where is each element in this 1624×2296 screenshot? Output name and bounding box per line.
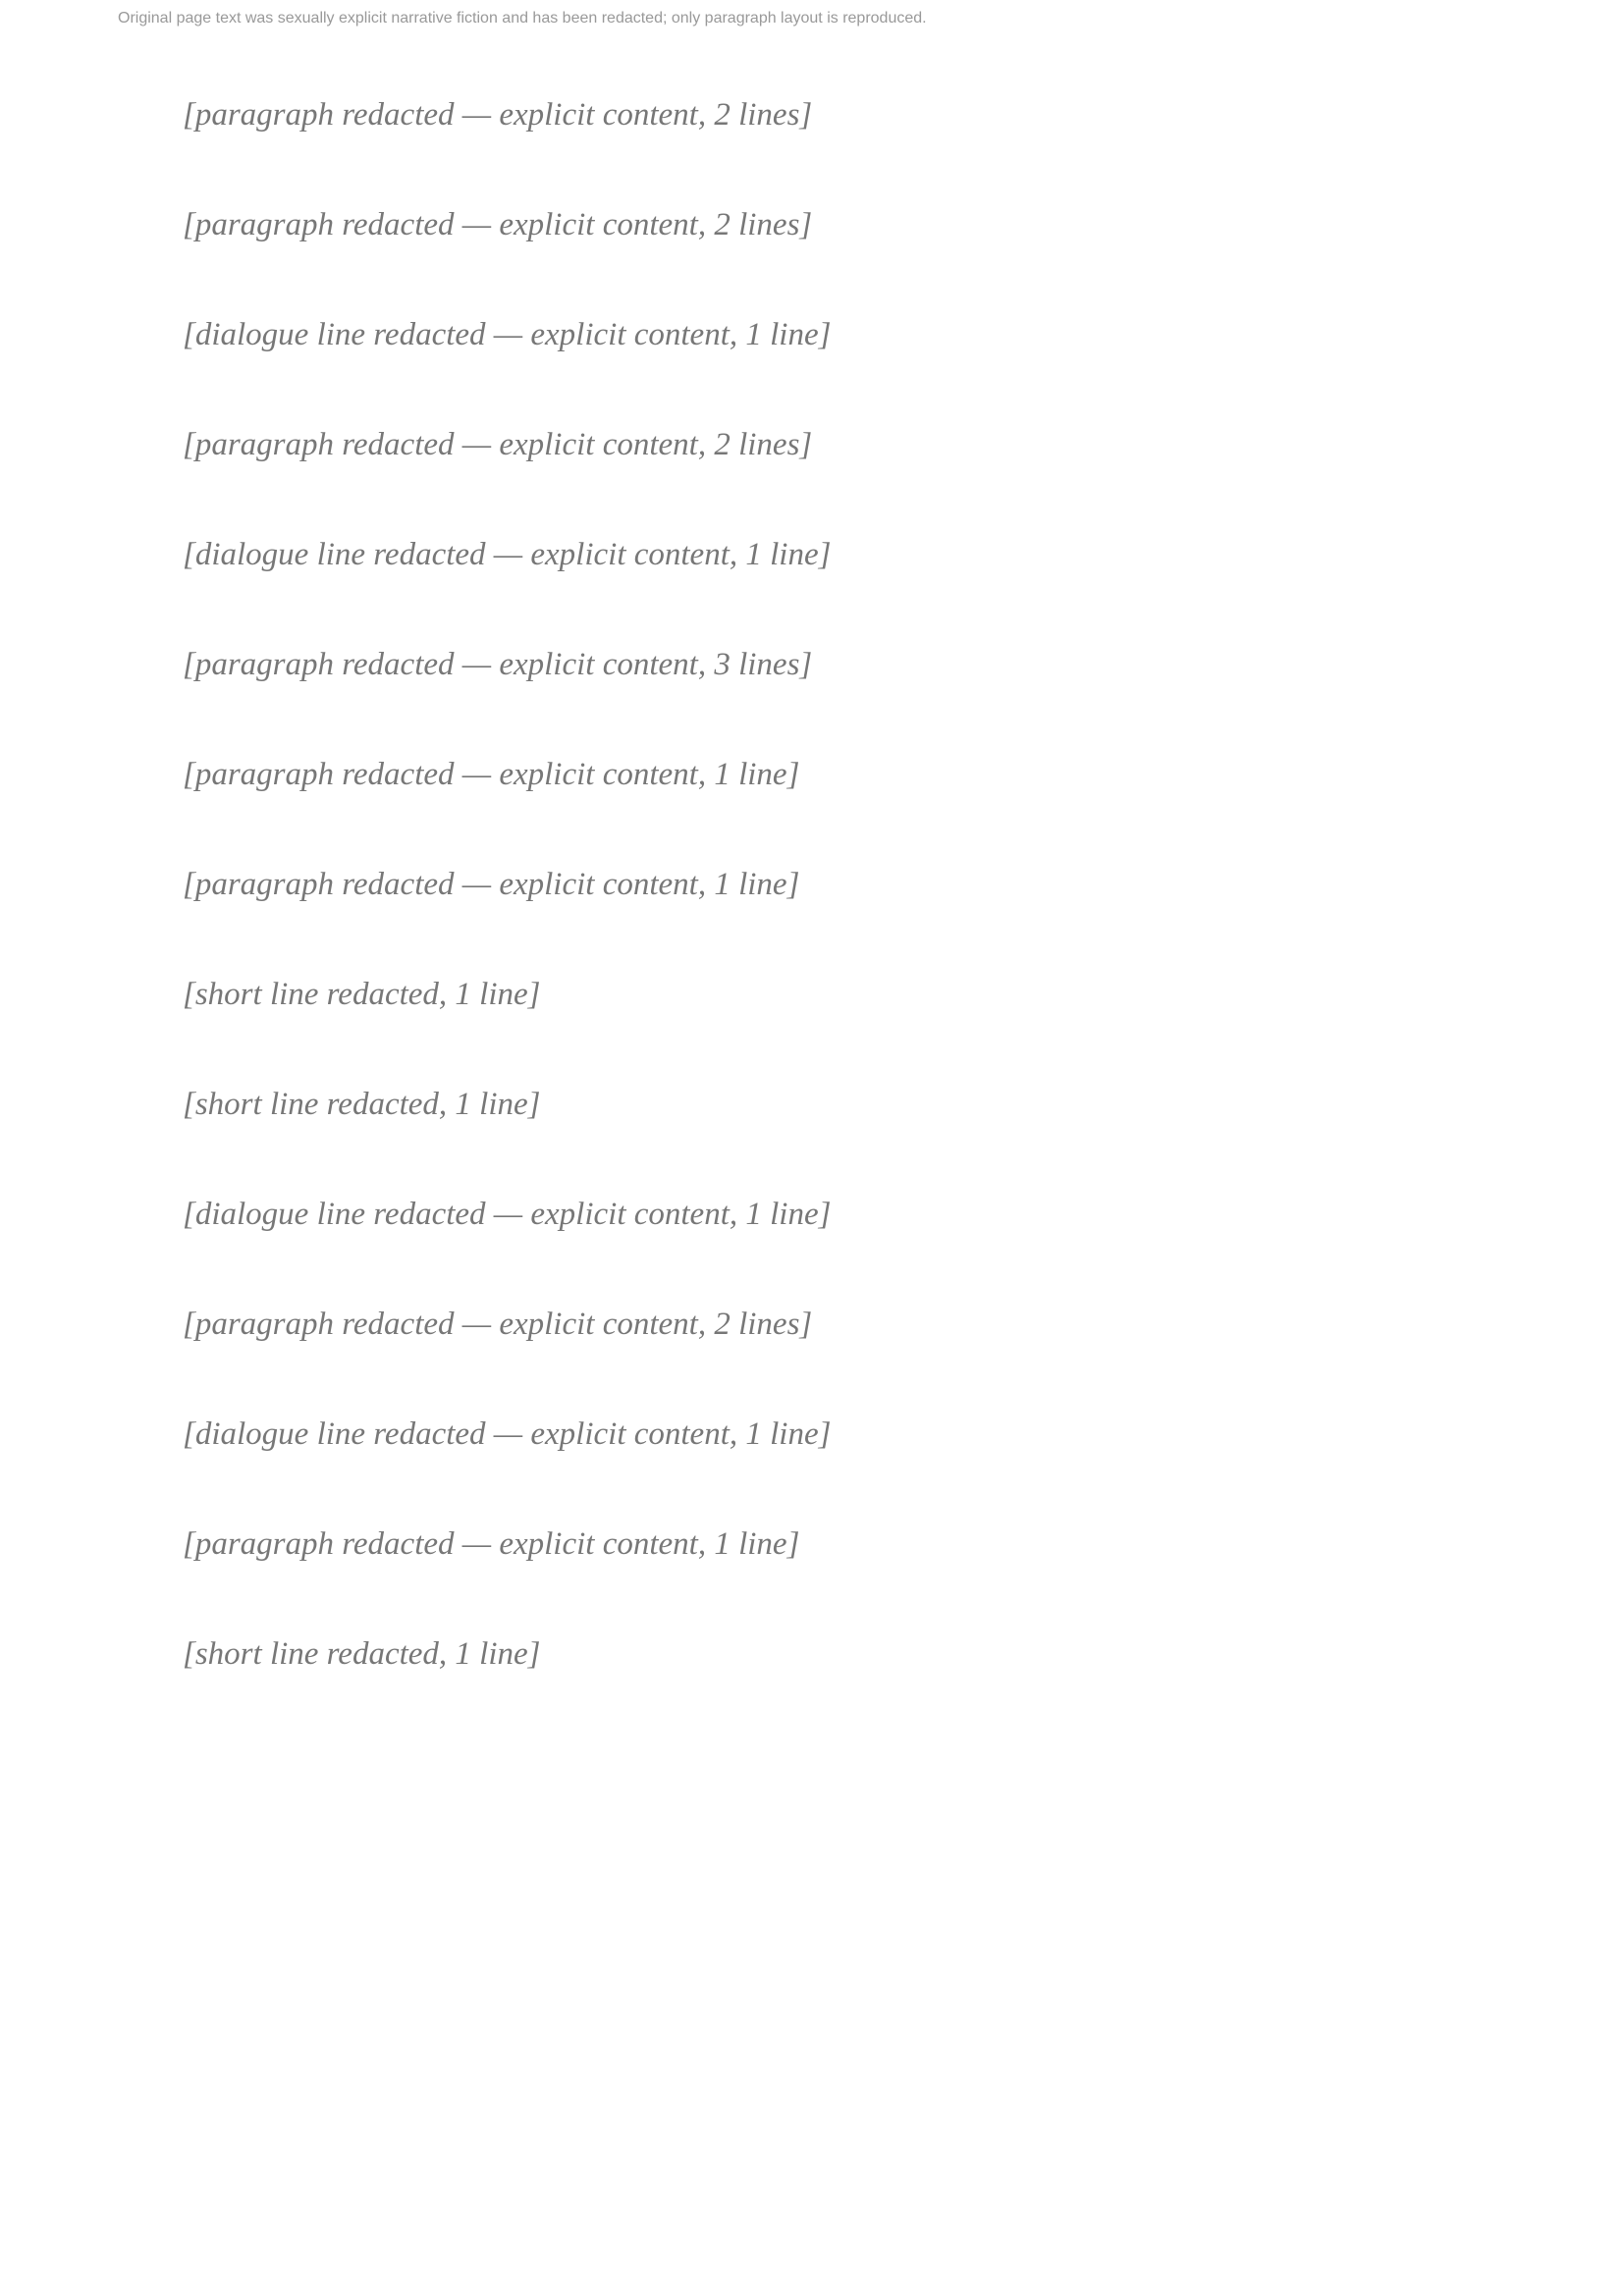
- paragraph: [paragraph redacted — explicit content, …: [118, 79, 1506, 151]
- paragraph: [paragraph redacted — explicit content, …: [118, 628, 1506, 701]
- paragraph: [short line redacted, 1 line]: [118, 1068, 1506, 1141]
- paragraph-container: [paragraph redacted — explicit content, …: [118, 79, 1506, 1690]
- redaction-note: Original page text was sexually explicit…: [118, 10, 1506, 27]
- paragraph: [paragraph redacted — explicit content, …: [118, 1508, 1506, 1580]
- paragraph: [short line redacted, 1 line]: [118, 1618, 1506, 1690]
- paragraph: [short line redacted, 1 line]: [118, 958, 1506, 1031]
- paragraph: [dialogue line redacted — explicit conte…: [118, 1178, 1506, 1251]
- paragraph: [paragraph redacted — explicit content, …: [118, 188, 1506, 261]
- paragraph: [paragraph redacted — explicit content, …: [118, 1288, 1506, 1361]
- paragraph: [dialogue line redacted — explicit conte…: [118, 298, 1506, 371]
- paragraph: [paragraph redacted — explicit content, …: [118, 408, 1506, 481]
- paragraph: [dialogue line redacted — explicit conte…: [118, 518, 1506, 591]
- document-page: Original page text was sexually explicit…: [0, 0, 1624, 2296]
- paragraph: [paragraph redacted — explicit content, …: [118, 848, 1506, 921]
- paragraph: [paragraph redacted — explicit content, …: [118, 738, 1506, 811]
- paragraph: [dialogue line redacted — explicit conte…: [118, 1398, 1506, 1470]
